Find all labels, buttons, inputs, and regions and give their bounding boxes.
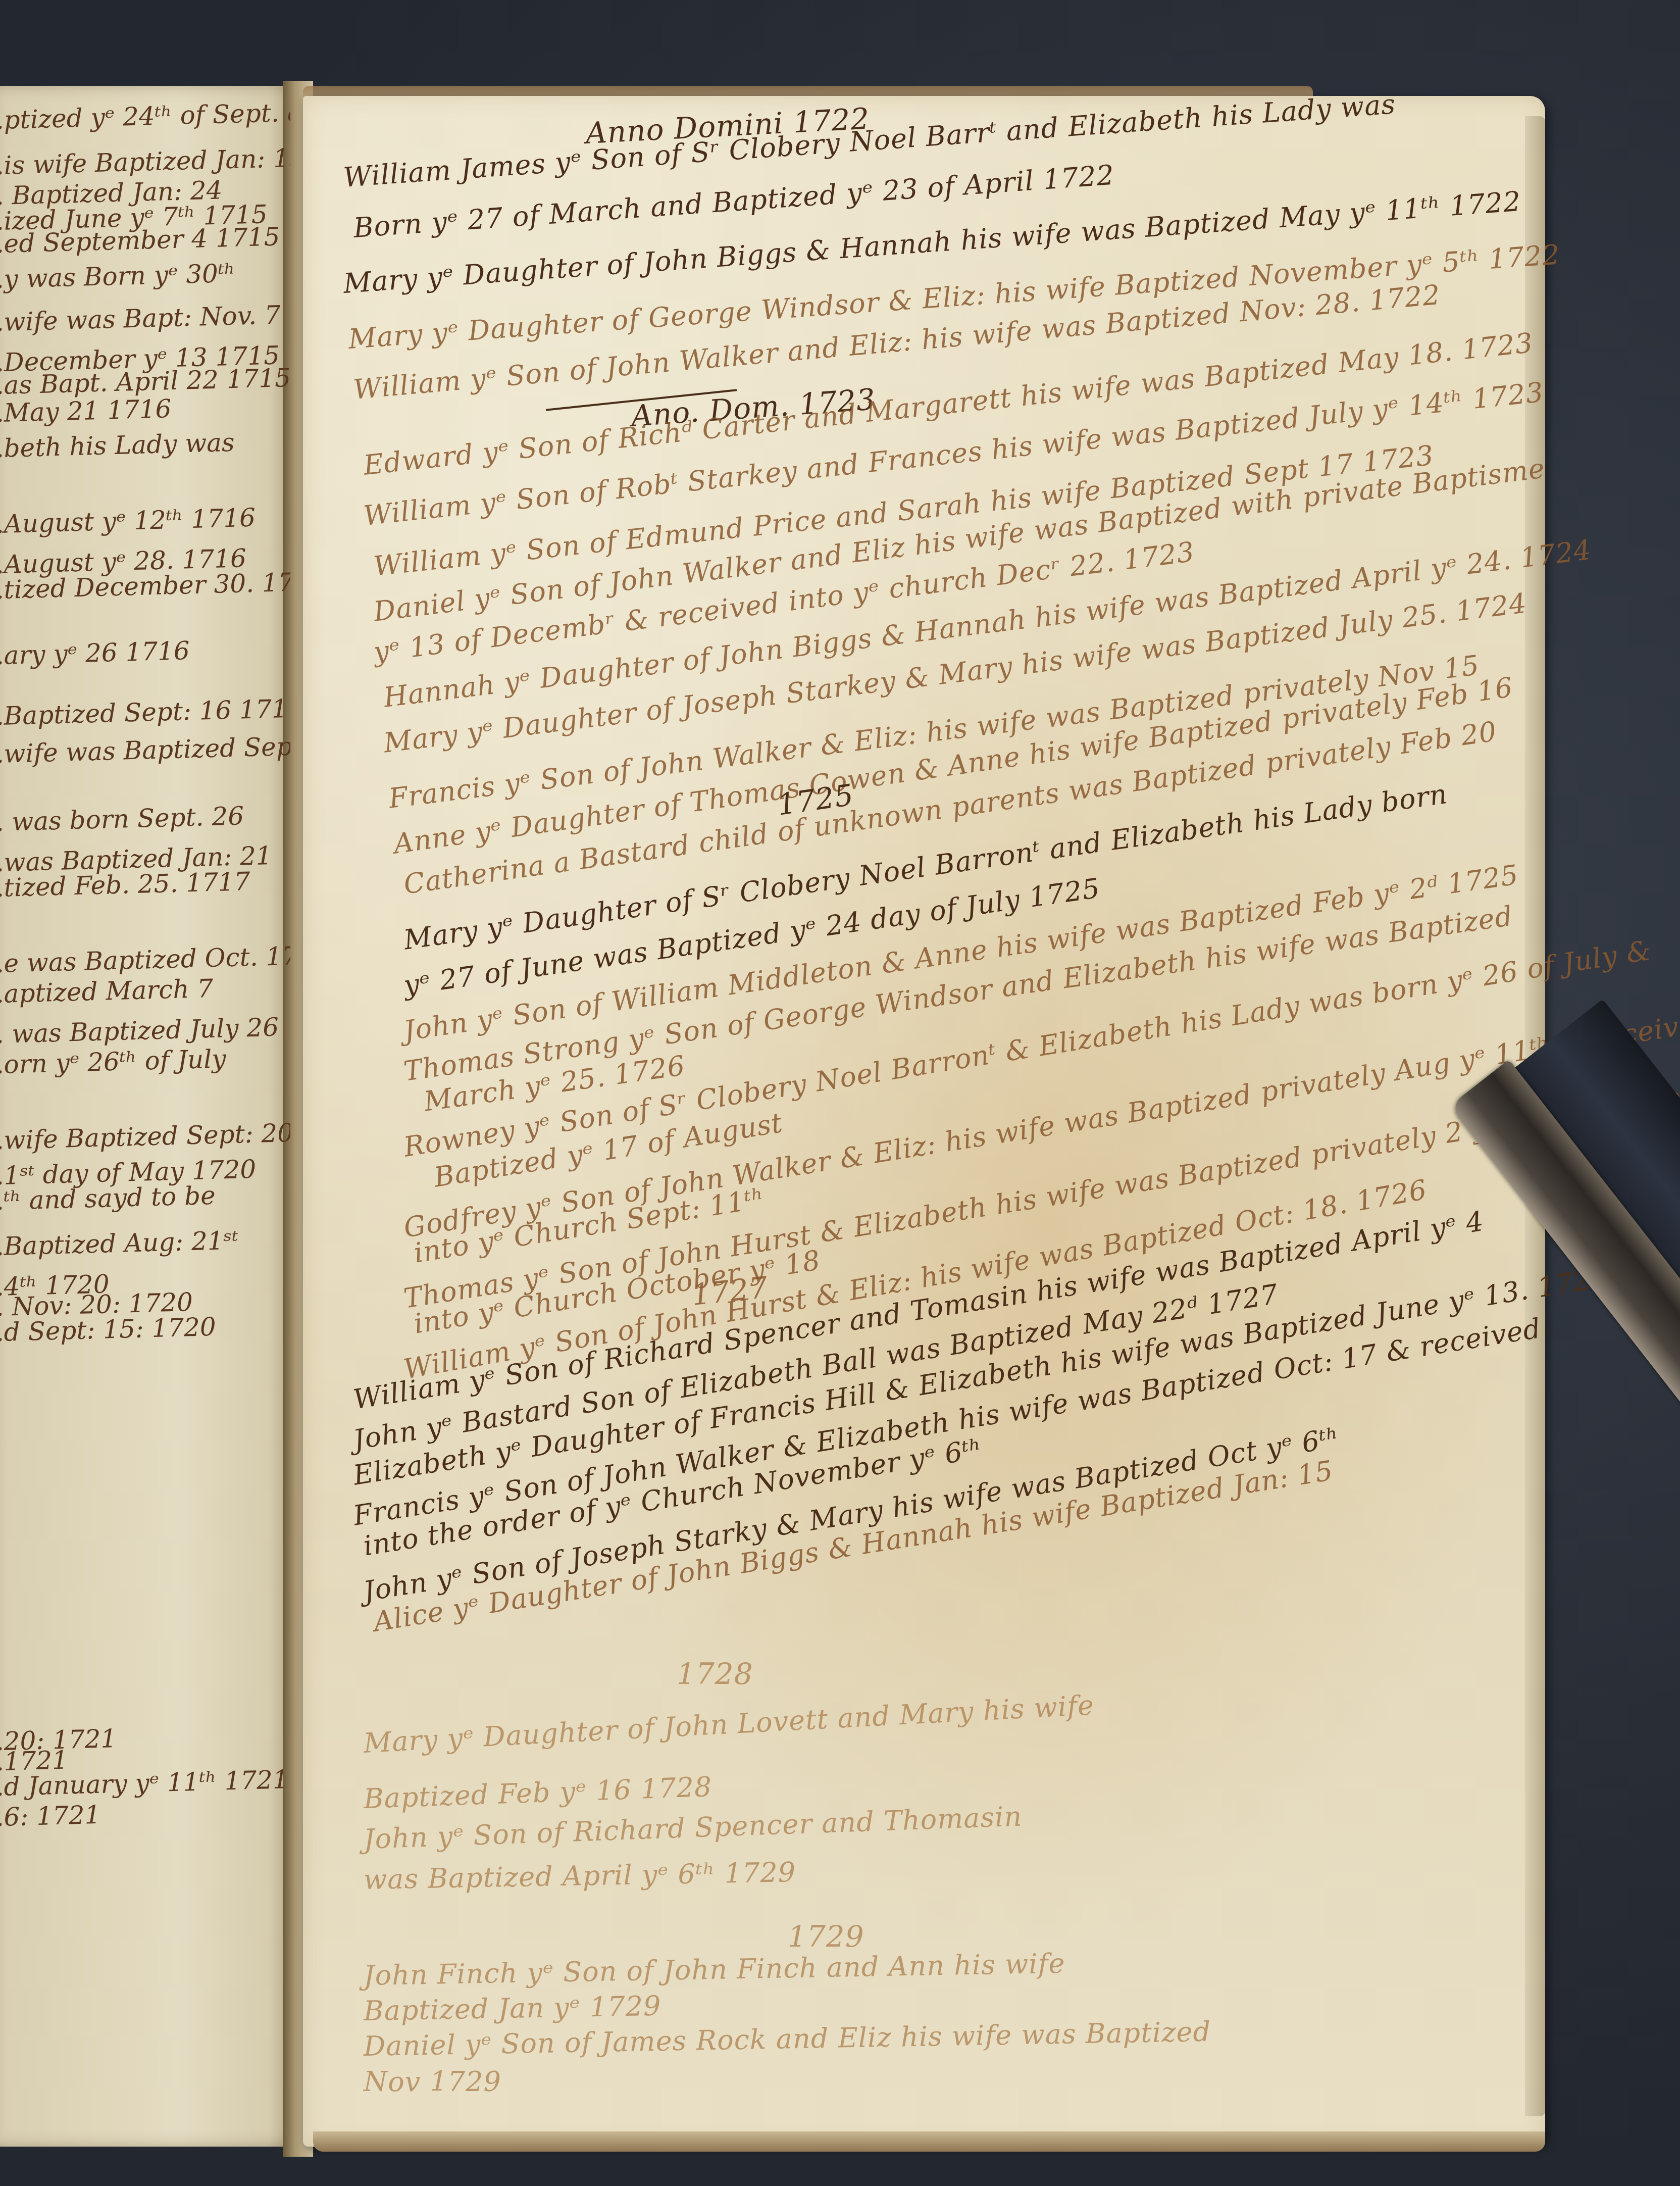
left-line: ...y was Born yᵉ 30ᵗʰ [0,259,236,294]
left-line: ...is wife Baptized Jan: 13 [0,143,290,181]
left-page-text: ...ptized yᵉ 24ᵗʰ of Sept. and ...is wif… [0,86,290,2147]
year-heading-1729: 1729 [788,1919,864,1954]
left-line: ...6: 1721 [0,1800,101,1832]
left-line: ...Baptized Sept: 16 1717 [0,693,290,731]
left-line: ...e was Baptized Oct. 17ᵗʰ [0,941,290,979]
register-entry: Nov 1729 [364,2066,501,2098]
left-line: ...wife was Baptized Sept 22 [0,730,290,769]
left-line: ...d Sept: 15: 1720 [0,1312,216,1348]
left-line: ...ary yᵉ 26 1716 [0,636,190,671]
year-heading-1728: 1728 [677,1657,753,1691]
left-line: ...wife Baptized Sept: 20 [0,1118,290,1156]
left-line: ... was Baptized July 26 [0,1013,279,1050]
left-line: ...tized Feb. 25. 1717 [0,867,250,903]
left-line: ...beth his Lady was [0,428,235,464]
left-line: ... was born Sept. 26 [0,801,244,837]
left-line: ...ᵗʰ and sayd to be [0,1181,216,1216]
left-line: ...wife was Bapt: Nov. 7 [0,300,281,337]
left-line: ...August yᵉ 12ᵗʰ 1716 [0,503,256,539]
left-line: ...Baptized Aug: 21ˢᵗ [0,1226,239,1262]
left-line: ...May 21 1716 [0,394,172,428]
left-line: ...aptized March 7 [0,974,214,1009]
left-line: ...orn yᵉ 26ᵗʰ of July [0,1044,226,1080]
register-entry: Baptized Jan yᵉ 1729 [363,1990,661,2027]
left-line: ...ptized yᵉ 24ᵗʰ of Sept. and [0,97,290,135]
page-bottom-edge [313,2131,1545,2152]
